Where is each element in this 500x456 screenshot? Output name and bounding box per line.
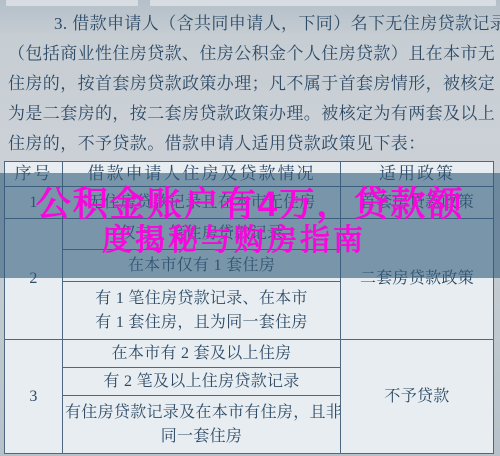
- situation-text: 同一套住房: [65, 425, 338, 449]
- paragraph-line: 住房的，不予贷款。借款申请人适用贷款政策见下表：: [8, 129, 494, 159]
- situation-text: 有住房贷款记录及在本市有住房，且非: [65, 401, 338, 425]
- paragraph-line: 3. 借款申请人（含共同申请人，下同）名下无住房贷款记录: [8, 9, 494, 39]
- paragraph-line: 为是二套房的，按二套房贷款政策办理。被核定为有两套及以上: [8, 99, 494, 129]
- watermark: 公积金账户有4万，贷款额 度揭秘与购房指南: [0, 186, 500, 258]
- situation-cell: 有 2 笔及以上住房贷款记录: [63, 368, 341, 396]
- watermark-line-1: 公积金账户有4万，贷款额: [0, 186, 500, 224]
- situation-text: 有 1 笔住房贷款记录、在本市: [65, 287, 338, 311]
- policy-cell: 不予贷款: [341, 340, 494, 454]
- situation-cell: 有 1 笔住房贷款记录、在本市 有 1 套住房，且为同一套住房: [63, 282, 341, 340]
- situation-cell: 在本市有 2 套及以上住房: [63, 340, 341, 368]
- watermark-line-2: 度揭秘与购房指南: [0, 224, 484, 258]
- situation-text: 有 1 套住房，且为同一套住房: [65, 311, 338, 335]
- paragraph-line: （包括商业性住房贷款、住房公积金个人住房贷款）且在本市无: [8, 39, 494, 69]
- scan-artifact-right: [150, 0, 496, 6]
- paragraph-line: 住房的，按首套房贷款政策办理；凡不属于首套房情形，被核定: [8, 69, 494, 99]
- intro-paragraph: 3. 借款申请人（含共同申请人，下同）名下无住房贷款记录 （包括商业性住房贷款、…: [8, 9, 494, 159]
- situation-text: 有 2 笔及以上住房贷款记录: [65, 370, 338, 394]
- index-cell: 3: [5, 340, 63, 454]
- situation-cell: 有住房贷款记录及在本市有住房，且非 同一套住房: [63, 396, 341, 454]
- scan-artifact-left: [6, 0, 138, 6]
- table-row: 3 在本市有 2 套及以上住房 不予贷款: [5, 340, 494, 368]
- situation-text: 在本市有 2 套及以上住房: [65, 342, 338, 366]
